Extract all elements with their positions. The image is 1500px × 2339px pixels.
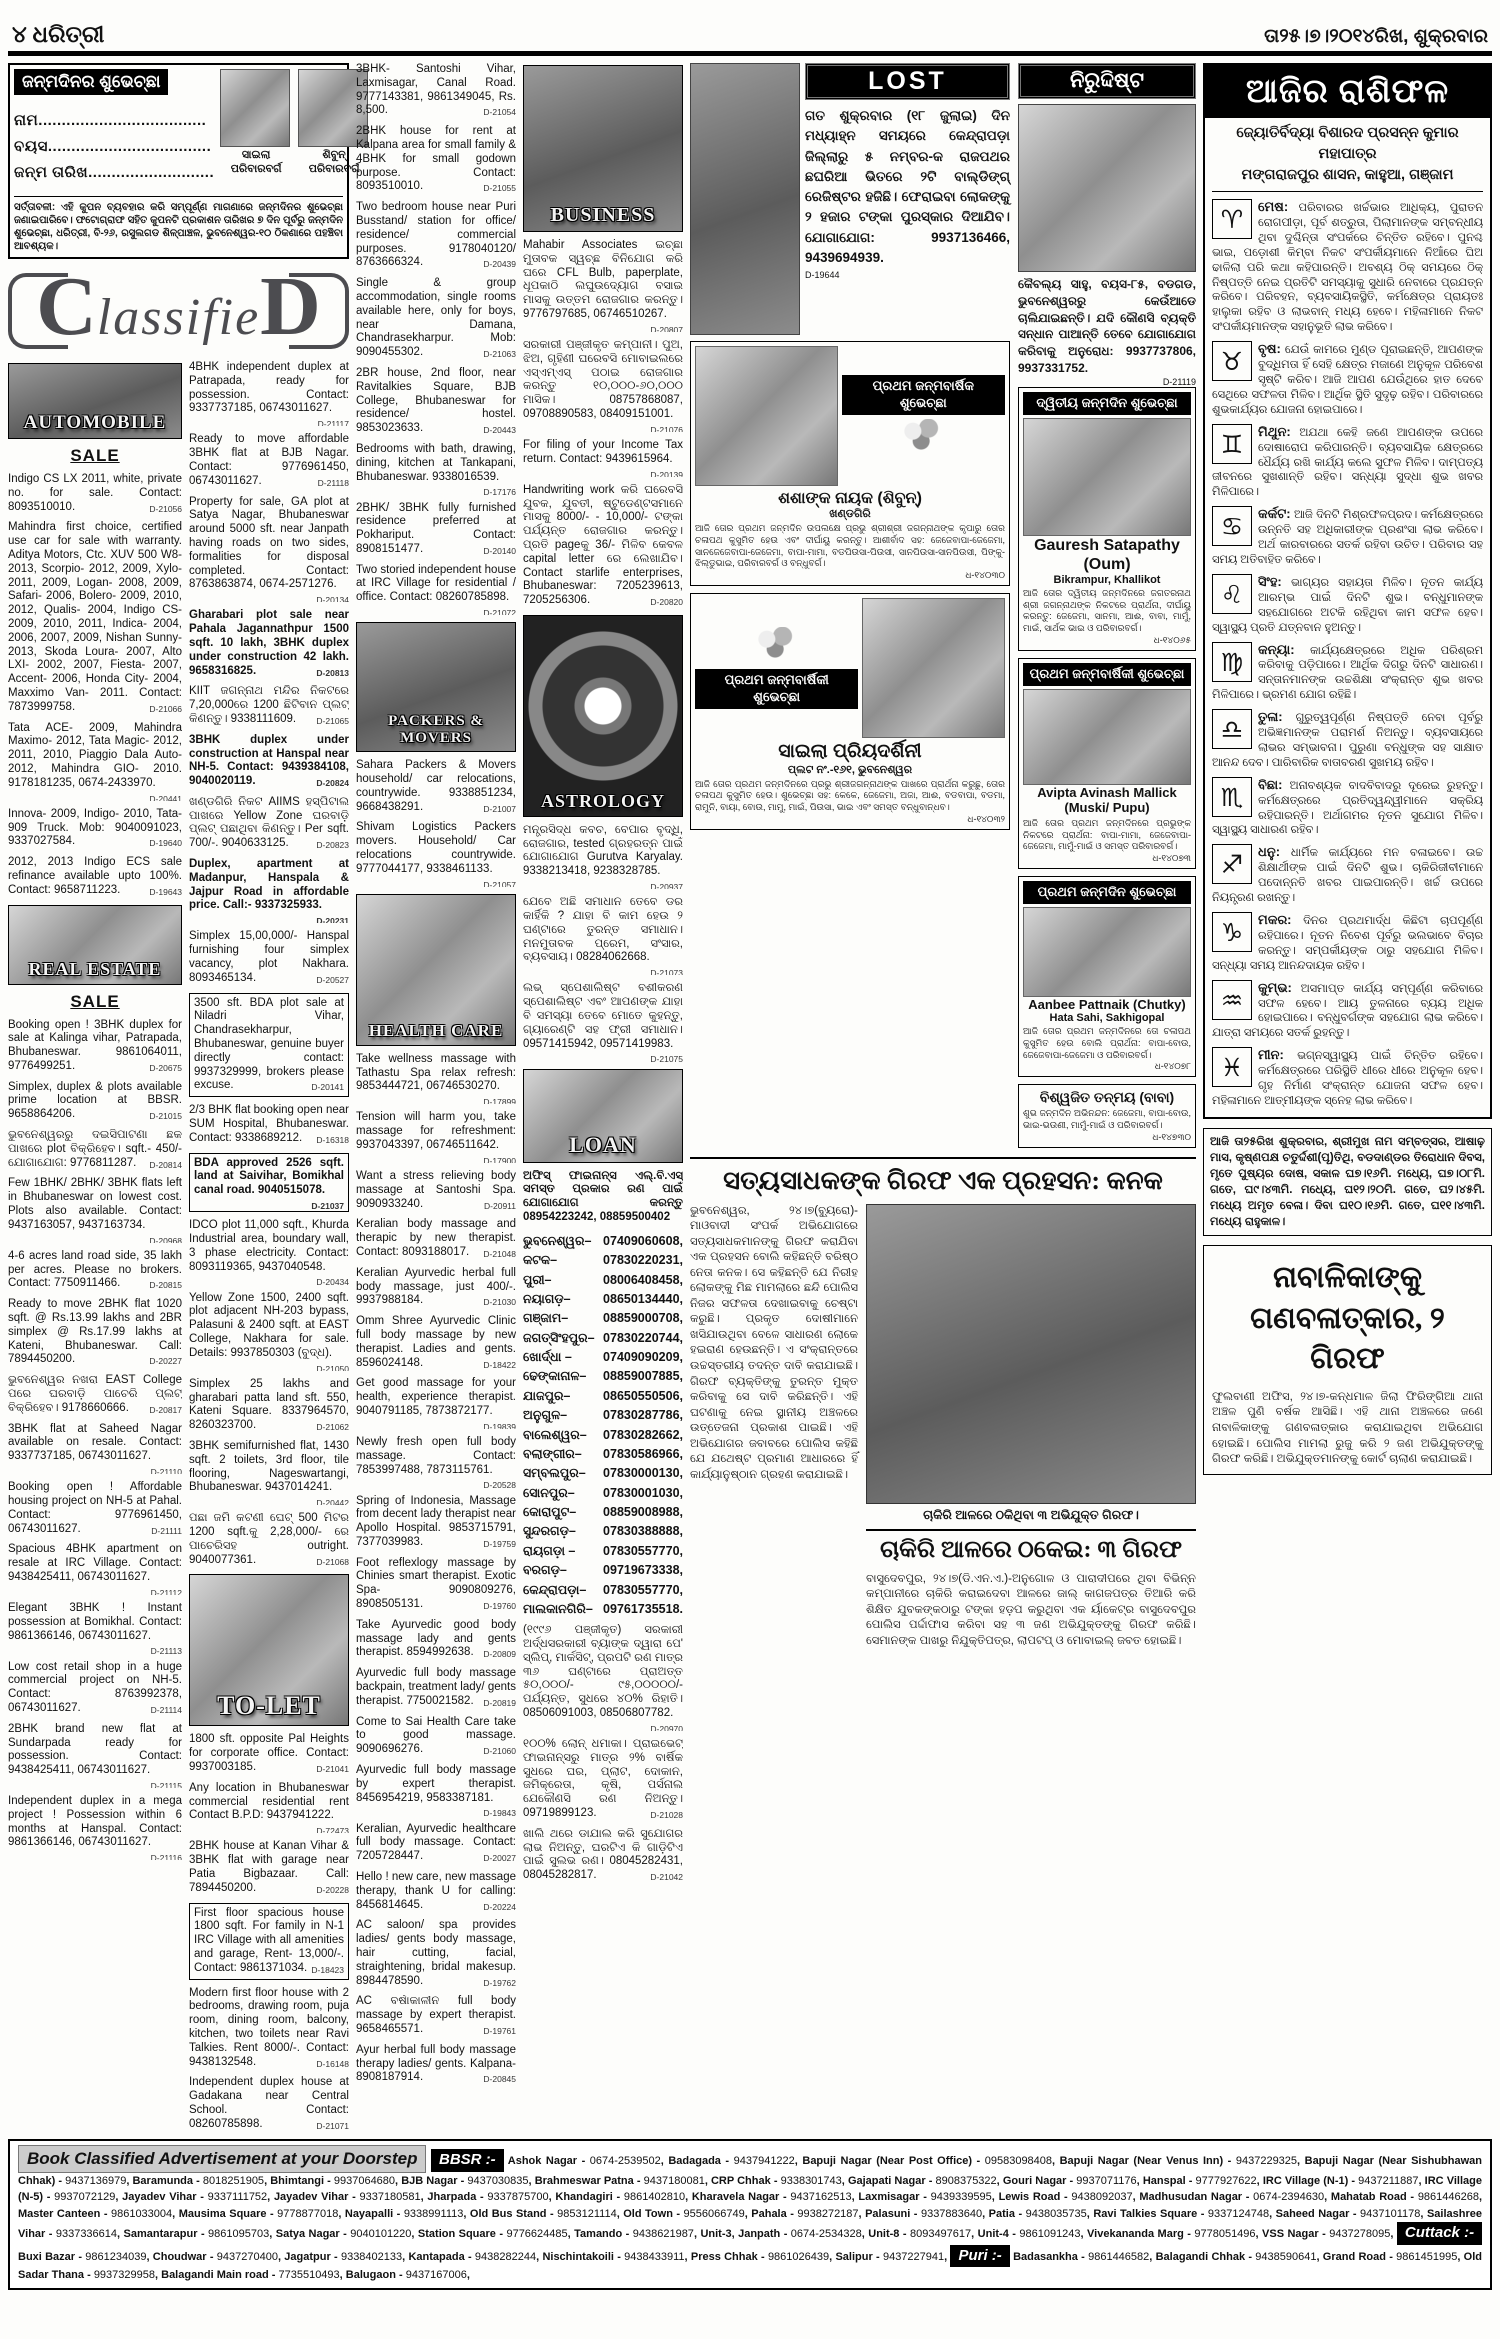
contact-number: 9778877018 xyxy=(277,2208,338,2220)
contact-entry: Press Chhak - 9861026439 xyxy=(691,2251,836,2263)
horoscope-entry: ♒ କୁମ୍ଭ: ଅସମାପ୍ତ କାର୍ଯ୍ୟ ସମ୍ପୂର୍ଣ୍ଣ କରିବ… xyxy=(1212,979,1483,1042)
loan-city: କଟକ– xyxy=(523,1251,557,1270)
zodiac-sign-name: ମୀନ: xyxy=(1258,1047,1284,1062)
missing-person-text: କୈବଲ୍ୟ ସାହୁ, ବୟସ-୮୫, ବଡଗଡ, ଭୁବନେଶ୍ୱରରୁ କ… xyxy=(1018,276,1196,377)
birthday-photo xyxy=(1023,907,1191,997)
loan-city-row: କେନ୍ଦ୍ରାପଡ଼ା– 07830557770, xyxy=(523,1581,683,1600)
zodiac-sign-name: ବିଛା: xyxy=(1258,777,1282,792)
loan-phone: 08859008988, xyxy=(603,1503,683,1522)
loan-city: କୋରାପୁଟ– xyxy=(523,1503,576,1522)
ad-ref: D-19762 xyxy=(483,1978,516,1988)
contact-entry: Khandagiri - 9861402810 xyxy=(555,2191,691,2203)
classified-ad: Keralian, Ayurvedic healthcare full body… xyxy=(356,1823,516,1864)
contact-location: IRC Village (N-1) xyxy=(1263,2175,1348,2187)
ad-ref: D-21068 xyxy=(316,1557,349,1567)
classified-ad: 3BHK duplex under construction at Hanspa… xyxy=(189,734,349,789)
contact-location: Bapuji Nagar (Near Post Office) xyxy=(802,2155,972,2167)
zodiac-sign-name: ଧନୁ: xyxy=(1258,844,1280,859)
ad-text: 2BHK house for rent at Kalpana area for … xyxy=(356,125,516,192)
zodiac-icon: ♐ xyxy=(1212,844,1252,884)
ad-text: 4BHK independent duplex at Patrapada, re… xyxy=(189,361,349,414)
zodiac-icon: ♊ xyxy=(1212,424,1252,464)
horoscope-entry: ♈ ମେଷ: ପରିବାରର ଖର୍ଚ୍ଚଭାର ଆଧିକ୍ୟ, ପୁରାତନ … xyxy=(1212,198,1483,335)
logo-middle: lassifie xyxy=(97,289,260,346)
loan-city-row: ଜଗତ୍‌ସିଂହପୁର– 07830220744, xyxy=(523,1329,683,1348)
loan-city: ଅନୁଗୁଳ– xyxy=(523,1406,567,1425)
packers-banner-label: PACKERS & MOVERS xyxy=(357,713,515,747)
contact-number: 9438433911 xyxy=(624,2251,684,2263)
contact-number: 9438035735 xyxy=(1026,2208,1087,2220)
loan-city: ଯାଜପୁର– xyxy=(523,1387,570,1406)
horoscope-text: ଯେଉଁ କାମରେ ମୁଣ୍ଡ ପୂରାଇଛନ୍ତି, ଆପଣଙ୍କ ବୁଦ୍… xyxy=(1212,344,1483,416)
loan-city-row: ସମ୍ବଲପୁର– 07830000130, xyxy=(523,1464,683,1483)
contact-entry: Nischintakoili - 9438433911 xyxy=(542,2251,690,2263)
ad-ref: D-21041 xyxy=(316,1764,349,1774)
birthday-place: ଖଣ୍ଡଗିରି xyxy=(695,508,1005,521)
classified-ad: Spacious 4BHK apartment on resale at IRC… xyxy=(8,1543,182,1595)
ad-ref: D-20442 xyxy=(316,1498,349,1505)
contact-entry: Bapuji Nagar (Near Post Office) - 095830… xyxy=(802,2155,1059,2167)
contact-location: Lewis Road xyxy=(999,2191,1061,2203)
ad-text: For filing of your Income Tax return. Co… xyxy=(523,439,683,465)
contact-entry: Nayapalli - 9338991113 xyxy=(345,2208,470,2220)
ad-text: Spacious 4BHK apartment on resale at IRC… xyxy=(8,1543,182,1583)
contact-location: CRP Chhak xyxy=(711,2175,771,2187)
astrology-banner-label: ASTROLOGY xyxy=(524,791,682,812)
contact-location: Badagada xyxy=(668,2155,721,2167)
article-headline: ଚାକିରି ଆଳରେ ଠକେଇ: ୩ ଗିରଫ xyxy=(866,1537,1196,1564)
ad-text: Bedrooms with bath, drawing, dining, kit… xyxy=(356,443,516,483)
contact-number: 9937329958 xyxy=(94,2269,155,2281)
ad-text: Mahindra first choice, certified use car… xyxy=(8,521,182,712)
coupon-fields: ନାମ....................................ବ… xyxy=(14,112,214,181)
news-photo xyxy=(866,1204,1196,1504)
ad-ref: D-20807 xyxy=(650,325,683,332)
classified-ad: Simplex 25 lakhs and gharabari patta lan… xyxy=(189,1378,349,1433)
zodiac-icon: ♌ xyxy=(1212,574,1252,614)
ad-text: Single & group accommodation, single roo… xyxy=(356,277,516,358)
contact-entry: Salipur - 9437227941 xyxy=(835,2251,950,2263)
zodiac-icon: ♎ xyxy=(1212,709,1252,749)
contact-location: Balugaon xyxy=(346,2269,396,2281)
automobile-banner: AUTOMOBILE xyxy=(8,363,182,439)
ad-ref: D-21112 xyxy=(151,1588,182,1595)
birthday-photo xyxy=(862,598,1005,738)
article-chakiri: ଚାକିରି ଆଳରେ ଠକେଇ: ୩ ଗିରଫ ବାସୁଦେବପୁର, ୨୪।… xyxy=(866,1537,1196,1650)
astrologer-name: ଜ୍ୟୋତିର୍ବିଦ୍ୟା ବିଶାରଦ ପ୍ରସନ୍ନ କୁମାର ମହାପ… xyxy=(1236,125,1458,162)
loan-city-row: ମାଲକାନଗିରି– 09761735518. xyxy=(523,1600,683,1619)
loan-phone: 08859000708, xyxy=(603,1309,683,1328)
contact-location: Choudwar xyxy=(153,2251,207,2263)
ad-ref: D-20443 xyxy=(483,425,516,435)
nirudishta-banner: ନିରୁଦ୍ଦିଷ୍ଟ xyxy=(1018,63,1196,99)
contact-location: Bhimtangi xyxy=(270,2175,324,2187)
contact-location: Baramunda xyxy=(132,2175,193,2187)
birthday-photo xyxy=(1023,689,1191,785)
classified-ad: 2BHK house at Kanan Vihar & 3BHK flat wi… xyxy=(189,1840,349,1895)
news-photo-caption: ଚାକିରି ଆଳରେ ଠକିଥିବା ୩ ଅଭିଯୁକ୍ତ ଗିରଫ। xyxy=(866,1508,1196,1523)
contact-number: 9937072129 xyxy=(54,2191,115,2203)
ad-ref: D-21113 xyxy=(151,1646,182,1653)
contact-number: 0674-2534328 xyxy=(791,2228,862,2240)
ad-ref: D-72473 xyxy=(316,1826,349,1833)
loan-city: ଜଗତ୍‌ସିଂହପୁର– xyxy=(523,1329,595,1348)
contact-location: Old Bus Stand xyxy=(470,2208,547,2220)
loan-city: ଭୁବନେଶ୍ୱର– xyxy=(523,1232,591,1251)
classified-ad: Independent duplex house at Gadakana nea… xyxy=(189,2076,349,2131)
ad-text: Handwriting work କରି ଘରେବସି ଯୁବକ, ଯୁବତୀ,… xyxy=(523,484,683,606)
contact-entry: Jayadev Vihar - 9337180581 xyxy=(274,2191,427,2203)
contact-number: 9437101178 xyxy=(1360,2208,1420,2220)
realestate-banner: REAL ESTATE xyxy=(8,905,182,985)
page-number-label: ୪ ଧରିତ୍ରୀ xyxy=(12,22,104,48)
coupon-field: ଜନ୍ମ ତାରିଖ........................... xyxy=(14,164,214,181)
ad-ref: D-20814 xyxy=(149,1160,182,1170)
contact-location: Palasuni xyxy=(865,2208,910,2220)
ad-ref: D-20813 xyxy=(316,668,349,678)
birthday-chip: ପ୍ରଥମ ଜନ୍ମବାର୍ଷିକୀ ଶୁଭେଚ୍ଛା xyxy=(1023,663,1191,686)
classified-ad: Booking open ! Affordable housing projec… xyxy=(8,1481,182,1536)
classified-ad: 3500 sft. BDA plot sale at Niladri Vihar… xyxy=(189,993,349,1098)
ad-ref: D-21037 xyxy=(311,1201,344,1211)
ad-text: Two bedroom house near Puri Busstand/ st… xyxy=(356,201,516,268)
loan-city: କେନ୍ଦ୍ରାପଡ଼ା– xyxy=(523,1581,586,1600)
loan-city: ବରଗଡ଼– xyxy=(523,1561,567,1580)
ad-ref: D-19643 xyxy=(149,887,182,897)
contact-location: Salipur xyxy=(835,2251,872,2263)
contact-entry: Ashok Nagar - 0674-2539502 xyxy=(508,2155,669,2167)
birthday-name: ଶଶାଙ୍କ ନାୟକ (ଶିବୁନ୍) xyxy=(695,489,1005,508)
ad-ref: D-20968 xyxy=(149,1236,182,1243)
loan-city: ଢେଙ୍କାନାଳ– xyxy=(523,1367,586,1386)
loan-phone: 07830586966, xyxy=(603,1445,683,1464)
newspaper-page: ୪ ଧରିତ୍ରୀ ତା୨୫।୭।୨୦୧୪ରିଖ, ଶୁକ୍ରବାର ଜନ୍ମଦ… xyxy=(0,0,1500,2339)
ad-text: First floor spacious house 1800 sqft. Fo… xyxy=(194,1907,344,1974)
logo-frame-right xyxy=(289,273,349,349)
contact-entry: Balagandi Main road - 7735510493 xyxy=(161,2269,346,2281)
ad-text: Yellow Zone 1500, 2400 sqft. plot adjace… xyxy=(189,1292,349,1359)
ad-text: ଲଭ୍ ସ୍ପେଶାଲିଷ୍ଟ ବଶୀକରଣ ସ୍ପେଶାଲିଷ୍ଟ ଏବଂ ଆ… xyxy=(523,982,683,1049)
article-body: ଫୁଲବାଣୀ ଅଫିସ, ୨୪।୭-କନ୍ଧମାଳ ଜିଲା ଫିରିଙ୍ଗି… xyxy=(1212,1390,1483,1468)
article-headline: ସତ୍ୟସାଧକଙ୍କ ଗିରଫ ଏକ ପ୍ରହସନ: କନକ xyxy=(690,1165,1196,1196)
loan-city-row: ଭୁବନେଶ୍ୱର– 07409060608, xyxy=(523,1232,683,1251)
contact-entry: Old Town - 9556066749 xyxy=(623,2208,751,2220)
classified-ad: ଖଣ୍ଡଗିରି ନିକଟ AIIMS ହସ୍ପିଟାଲ ପାଖରେ Yello… xyxy=(189,796,349,851)
contact-entry: Baramunda - 8018251905 xyxy=(132,2175,270,2187)
healthcare-banner: HEALTH CARE xyxy=(356,894,516,1046)
article-nabalika: ନାବାଳିକାଙ୍କୁ ଗଣବଳାତ୍କାର, ୨ ଗିରଫ ଫୁଲବାଣୀ … xyxy=(1203,1245,1492,1474)
ad-text: 3BHK flat at Saheed Nagar available on r… xyxy=(8,1423,182,1463)
birthday-box-shashank: ପ୍ରଥମ ଜନ୍ମବାର୍ଷିକ ଶୁଭେଚ୍ଛା ଶଶାଙ୍କ ନାୟକ (… xyxy=(690,341,1010,586)
zodiac-icon: ♍ xyxy=(1212,642,1252,682)
loan-city: ପୁରୀ– xyxy=(523,1271,552,1290)
contact-number: 0674-2539502 xyxy=(590,2155,661,2167)
contact-location: Master Canteen xyxy=(18,2208,100,2220)
balloons-icon xyxy=(900,419,946,457)
contact-number: 8908375322 xyxy=(935,2175,996,2187)
contact-number: 9438282244 xyxy=(475,2251,536,2263)
classified-ad: 2BR house, 2nd floor, near Ravitalkies S… xyxy=(356,367,516,436)
horoscope-entry: ♐ ଧନୁ: ଧାର୍ମିକ କାର୍ଯ୍ୟରେ ମନ ବଳାଇବେ। ଉଚ୍ଚ… xyxy=(1212,843,1483,906)
classified-ad: 2BHK house for rent at Kalpana area for … xyxy=(356,125,516,194)
horoscope-entry: ♏ ବିଛା: ଅନାବଶ୍ୟକ ବାଦବିବାଦରୁ ଦୂରେଇ ରୁହନ୍ତ… xyxy=(1212,776,1483,839)
birthday-chip: ପ୍ରଥମ ଜନ୍ମବାର୍ଷିକୀ ଶୁଭେଚ୍ଛା xyxy=(695,669,858,709)
contact-entry: Unit-3, Janpath - 0674-2534328 xyxy=(700,2228,868,2240)
horoscope-text: ଧାର୍ମିକ କାର୍ଯ୍ୟରେ ମନ ବଳାଇବେ। ଉଚ୍ଚ ଶିକ୍ଷା… xyxy=(1212,847,1483,904)
horoscope-entry: ♌ ସିଂହ: ଭାଗ୍ୟର ସହାୟତା ମିଳିବ। ନୂତନ କାର୍ଯ୍… xyxy=(1212,573,1483,636)
contact-location: Station Square xyxy=(418,2228,496,2240)
lost-briefcase-photo xyxy=(690,63,800,335)
ad-ref: D-20817 xyxy=(149,1405,182,1415)
contact-location: Nischintakoili xyxy=(542,2251,614,2263)
contact-number: 9437941222 xyxy=(734,2155,795,2167)
ad-ref: D-21065 xyxy=(316,716,349,726)
loan-phone: 07830220744, xyxy=(603,1329,683,1348)
lost-section: LOST ଗତ ଶୁକ୍ରବାର (୧୮ ଜୁଲାଇ) ଦିନ ମଧ୍ୟାହ୍ନ… xyxy=(690,63,1010,335)
contact-number: 9861026439 xyxy=(768,2251,829,2263)
ad-ref: D-21015 xyxy=(149,1111,182,1121)
contact-location: Jayadev Vihar xyxy=(274,2191,348,2203)
contact-location: Mausima Square xyxy=(179,2208,267,2220)
contact-location: Khandagiri xyxy=(555,2191,612,2203)
classified-ad: Property for sale, GA plot at Satya Naga… xyxy=(189,496,349,603)
contact-entry: Jharpada - 9337875700 xyxy=(427,2191,555,2203)
contact-location: Gajapati Nagar xyxy=(848,2175,926,2187)
zodiac-sign-name: ବୃଷ: xyxy=(1258,341,1281,356)
missing-person-photo xyxy=(1018,104,1196,272)
contact-location: VSS Nagar xyxy=(1262,2228,1319,2240)
classified-ad: (୧୯୯୬ ପଞ୍ଜୀକୃତ) ସରକାରୀ ଅର୍ଦ୍ଧସରକାରୀ ବ୍ୟା… xyxy=(523,1624,683,1731)
coupon-title: ଜନ୍ମଦିନର ଶୁଭେଚ୍ଛା xyxy=(14,69,168,95)
contact-entry: Kantapada - 9438282244 xyxy=(408,2251,542,2263)
contact-entry: Gouri Nagar - 9937071176 xyxy=(1003,2175,1143,2187)
contact-number: 9861451995 xyxy=(1396,2251,1457,2263)
contact-number: 9337111752 xyxy=(208,2191,268,2203)
ad-ref: D-20824 xyxy=(316,778,349,788)
ad-ref: D-21055 xyxy=(483,183,516,193)
contact-entry: Tamando - 9438621987 xyxy=(574,2228,700,2240)
article-headline: ନାବାଳିକାଙ୍କୁ ଗଣବଳାତ୍କାର, ୨ ଗିରଫ xyxy=(1212,1258,1483,1380)
contact-number: 9777927622 xyxy=(1195,2175,1256,2187)
booking-footer: Book Classified Advertisement at your Do… xyxy=(8,2139,1492,2290)
contact-number: 9437227941 xyxy=(883,2251,944,2263)
classified-ad: ସରକାରୀ ପଞ୍ଜୀକୃତ କମ୍ପାନୀ। ପୁଅ, ଝିଅ, ଗୃହିଣ… xyxy=(523,339,683,432)
ad-ref: D-20441 xyxy=(149,794,182,801)
ad-ref: D-21054 xyxy=(483,107,516,117)
contact-entry: Balugaon - 9437167006 xyxy=(346,2269,470,2281)
classified-ad: Elegant 3BHK ! Instant possession at Bom… xyxy=(8,1602,182,1654)
lost-notice-text: ଗତ ଶୁକ୍ରବାର (୧୮ ଜୁଲାଇ) ଦିନ ମଧ୍ୟାହ୍ନ ସମୟର… xyxy=(805,106,1010,268)
tolet-ads: 1800 sft. opposite Pal Heights for corpo… xyxy=(189,1733,349,2131)
contact-entry: Grand Road - 9861451995 xyxy=(1323,2251,1464,2263)
ad-text: Ayurvedic full body massage by expert th… xyxy=(356,1764,516,1804)
ad-ref: D-21048 xyxy=(483,1249,516,1259)
contact-number: 9778051496 xyxy=(1194,2228,1255,2240)
ad-ref: D-21007 xyxy=(483,804,516,814)
contact-number: 8093497617 xyxy=(910,2228,971,2240)
contact-entry: Saheed Nagar - 9437101178 xyxy=(1276,2208,1427,2220)
loan-city-row: ଖୋର୍ଦ୍ଧା – 07409090209, xyxy=(523,1348,683,1367)
ad-text: Tata ACE- 2009, Mahindra Maximo- 2012, T… xyxy=(8,722,182,789)
ad-ref: D-21115 xyxy=(151,1781,182,1788)
birthday-ref: ଧ-୧୪୦୭୩ xyxy=(1023,853,1191,864)
classified-ad: 4BHK independent duplex at Patrapada, re… xyxy=(189,361,349,426)
contact-location: Kharavela Nagar xyxy=(692,2191,779,2203)
loan-city: ନୟାଗଡ଼– xyxy=(523,1290,571,1309)
loan-city-row: କୋରାପୁଟ– 08859008988, xyxy=(523,1503,683,1522)
classified-logo: ClassifieD xyxy=(8,263,349,355)
birthday-name: Avipta Avinash Mallick (Muski/ Pupu) xyxy=(1023,785,1191,816)
loan-city-row: ଯାଜପୁର– 08650550506, xyxy=(523,1387,683,1406)
ad-ref: D-20434 xyxy=(316,1277,349,1284)
contact-number: 9437180081 xyxy=(644,2175,705,2187)
contact-number: 9556066749 xyxy=(684,2208,745,2220)
ad-ref: D-21073 xyxy=(650,968,683,975)
classified-ad: Mahabir Associates ଇଚ୍ଛା ମୁତାବକ ସ୍ୱଚ୍ଛ ବ… xyxy=(523,239,683,332)
zodiac-icon: ♋ xyxy=(1212,506,1252,546)
birthday-place: Bikrampur, Khallikot xyxy=(1023,574,1191,586)
ad-text: Tension will harm you, take massage for … xyxy=(356,1111,516,1151)
ad-ref: D-20139 xyxy=(650,470,683,477)
contact-entry: Gajapati Nagar - 8908375322 xyxy=(848,2175,1003,2187)
baby-photo xyxy=(220,69,290,147)
coupon-photos: ସାଇଲା ପରିବାରବର୍ଗ ଶିବୁନ୍ ପରିବାରବର୍ଗ xyxy=(220,69,370,190)
loan-city-row: କଟକ– 07830220231, xyxy=(523,1251,683,1270)
astrology-banner: ASTROLOGY xyxy=(523,615,683,817)
classified-ad: Want a stress relieving body massage at … xyxy=(356,1170,516,1211)
contact-number: 9338301743 xyxy=(781,2175,842,2187)
date-label: ତା୨୫।୭।୨୦୧୪ରିଖ, ଶୁକ୍ରବାର xyxy=(1264,26,1488,48)
loan-city: ବାଲେଶ୍ୱର– xyxy=(523,1426,587,1445)
loan-city-row: ପୁରୀ– 08006408458, xyxy=(523,1271,683,1290)
ad-text: 3500 sft. BDA plot sale at Niladri Vihar… xyxy=(194,997,344,1092)
contact-entry: Satya Nagar - 9040101220 xyxy=(276,2228,418,2240)
horoscope-entry: ♍ କନ୍ୟା: କାର୍ଯ୍ୟକ୍ଷେତ୍ରରେ ଅଧିକ ପରିଶ୍ରମ କ… xyxy=(1212,641,1483,704)
column-classified-b: 4BHK independent duplex at Patrapada, re… xyxy=(189,361,349,2133)
contact-location: Buxi Bazar xyxy=(18,2251,75,2263)
zodiac-icon: ♑ xyxy=(1212,912,1252,952)
zodiac-sign-name: ମିଥୁନ: xyxy=(1258,424,1291,439)
loan-city: ଖୋର୍ଦ୍ଧା – xyxy=(523,1348,572,1367)
ad-ref: D-20820 xyxy=(650,597,683,607)
zodiac-icon: ♒ xyxy=(1212,980,1252,1020)
sale-heading-2: SALE xyxy=(8,992,182,1012)
ad-ref: D-21117 xyxy=(318,419,349,426)
contact-number: 9437278095 xyxy=(1329,2228,1390,2240)
classified-ad: Spring of Indonesia, Massage from decent… xyxy=(356,1495,516,1550)
ad-ref: D-20819 xyxy=(483,1698,516,1708)
realestate-ads: Booking open ! 3BHK duplex for sale at K… xyxy=(8,1019,182,1861)
contact-entry: Hanspal - 9777927622 xyxy=(1143,2175,1263,2187)
contact-entry: Badagada - 9437941222 xyxy=(668,2155,802,2167)
loan-phone: 07830282662, xyxy=(603,1426,683,1445)
article-body: ବାସୁଦେବପୁର, ୨୪।୭(ଡି.ଏନ.ଏ.)-ଅନୁଗୋଳ ଓ ପାରା… xyxy=(866,1572,1196,1650)
ad-text: 2BR house, 2nd floor, near Ravitalkies S… xyxy=(356,367,516,434)
horoscope-text: ଅଯଥା କେହି ଜଣେ ଆପଣଙ୍କ ଉପରେ ଦୋଷାରୋପ କରିପାର… xyxy=(1212,427,1483,499)
contact-location: Balagandi Main road xyxy=(161,2269,269,2281)
contact-number: 9337180581 xyxy=(359,2191,420,2203)
middle-region: LOST ଗତ ଶୁକ୍ରବାର (୧୮ ଜୁଲାଇ) ଦିନ ମଧ୍ୟାହ୍ନ… xyxy=(690,63,1196,2133)
classified-ad: AC saloon/ spa provides ladies/ gents bo… xyxy=(356,1919,516,1988)
contact-entry: Patia - 9438035735 xyxy=(989,2208,1094,2220)
contact-number: 9337883640 xyxy=(921,2208,982,2220)
contact-number: 9861095703 xyxy=(208,2228,269,2240)
loan-city-list: ଭୁବନେଶ୍ୱର– 07409060608, କଟକ– 07830220231… xyxy=(523,1232,683,1620)
ad-ref: D-20528 xyxy=(483,1480,516,1487)
contact-number: 9337336614 xyxy=(56,2228,117,2240)
contact-number: 9338991113 xyxy=(404,2208,464,2220)
ad-ref: D-21057 xyxy=(483,880,516,887)
ad-text: ମନ୍ତ୍ରସିଦ୍ଧ କବଚ, ବେପାର ବୃଦ୍ଧି, ରୋଜଗାର, t… xyxy=(523,824,683,877)
ad-text: Few 1BHK/ 2BHK/ 3BHK flats left in Bhuba… xyxy=(8,1177,182,1230)
left-group: ଜନ୍ମଦିନର ଶୁଭେଚ୍ଛା ନାମ...................… xyxy=(8,63,349,2133)
contact-entry: Jagatpur - 9338402133 xyxy=(284,2251,408,2263)
classified-ad: Bedrooms with bath, drawing, dining, kit… xyxy=(356,443,516,495)
contact-entry: Mahatab Road - 9861446268 xyxy=(1331,2191,1482,2203)
loan-city-row: ରାୟଗଡ଼ା – 07830557770, xyxy=(523,1542,683,1561)
birthday-box-saila: ପ୍ରଥମ ଜନ୍ମବାର୍ଷିକୀ ଶୁଭେଚ୍ଛା ସାଇଲା ପ୍ରିୟଦ… xyxy=(690,593,1010,830)
packers-banner: PACKERS & MOVERS xyxy=(356,622,516,752)
article-satyasadhak: ସତ୍ୟସାଧକଙ୍କ ଗିରଫ ଏକ ପ୍ରହସନ: କନକ ଭୁବନେଶ୍ୱ… xyxy=(690,1157,1196,1650)
ad-ref: D-20141 xyxy=(311,1082,344,1092)
contact-location: Tamando xyxy=(574,2228,622,2240)
lost-and-birthdays: LOST ଗତ ଶୁକ୍ରବାର (୧୮ ଜୁଲାଇ) ଦିନ ମଧ୍ୟାହ୍ନ… xyxy=(690,63,1010,1155)
classified-ad: Take wellness massage with Tathastu Spa … xyxy=(356,1053,516,1105)
contact-entry: Jayadev Vihar - 9337111752 xyxy=(122,2191,274,2203)
classified-ad: First floor spacious house 1800 sqft. Fo… xyxy=(189,1903,349,1980)
contact-number: 9438621987 xyxy=(633,2228,694,2240)
cuttack-label: Cuttack :- xyxy=(1397,2222,1482,2245)
classified-ad: 1800 sft. opposite Pal Heights for corpo… xyxy=(189,1733,349,1774)
contact-entry: Buxi Bazar - 9861234039 xyxy=(18,2251,153,2263)
classified-ad: ଯେବେ ଅଛି ସମାଧାନ ତେବେ ଡର କାର୍ହିକି ? ଯାହା … xyxy=(523,896,683,975)
ad-ref: D-20815 xyxy=(149,1280,182,1290)
rental-ads: 3BHK- Santoshi Vihar, Laxmisagar, Canal … xyxy=(356,63,516,615)
zodiac-sign-name: ସିଂହ: xyxy=(1258,574,1282,589)
contact-location: Laxmisagar xyxy=(858,2191,919,2203)
contact-entry: Master Canteen - 9861033004 xyxy=(18,2208,179,2220)
coupon-terms: ସର୍ତ୍ତାବଳୀ: ଏହି କୁପନ ବ୍ୟବହାର କରି ସମ୍ପୂର୍… xyxy=(14,196,343,253)
horoscope-text: ପରିବାରର ଖର୍ଚ୍ଚଭାର ଆଧିକ୍ୟ, ପୁରାତନ ରୋଗପୀଡ଼… xyxy=(1212,202,1483,333)
classified-ad: 2BHK brand new flat at Sundarpada ready … xyxy=(8,1723,182,1788)
zodiac-sign-name: ତୁଳା: xyxy=(1258,709,1283,724)
birthday-chip: ପ୍ରଥମ ଜନ୍ମଦିନ ଶୁଭେଚ୍ଛା xyxy=(1023,881,1191,904)
ad-text: AC saloon/ spa provides ladies/ gents bo… xyxy=(356,1919,516,1986)
classified-ad: BDA approved 2526 sqft. land at Saivihar… xyxy=(189,1153,349,1213)
ad-ref: D-20140 xyxy=(483,546,516,556)
loan-banner-label: LOAN xyxy=(524,1132,682,1158)
ad-ref: D-20675 xyxy=(149,1063,182,1073)
classified-ad: Ayurvedic full body massage by expert th… xyxy=(356,1764,516,1816)
business-banner-label: BUSINESS xyxy=(524,204,682,227)
missing-person-ref: D-21119 xyxy=(1018,377,1196,387)
contact-location: Ashok Nagar xyxy=(508,2155,577,2167)
loan-phone: 09761735518. xyxy=(603,1600,683,1619)
masthead: ୪ ଧରିତ୍ରୀ ତା୨୫।୭।୨୦୧୪ରିଖ, ଶୁକ୍ରବାର xyxy=(8,4,1492,48)
classified-ad: Low cost retail shop in a huge commercia… xyxy=(8,1661,182,1716)
ad-text: 2BHK brand new flat at Sundarpada ready … xyxy=(8,1723,182,1776)
ad-ref: D-21076 xyxy=(650,425,683,432)
loan-city: ମାଲକାନଗିରି– xyxy=(523,1600,593,1619)
ad-text: Newly fresh open full body massage. Cont… xyxy=(356,1436,516,1476)
classified-ad: Foot reflexlogy massage by Chinies smart… xyxy=(356,1557,516,1612)
horoscope-title: ଆଜିର ରାଶିଫଳ xyxy=(1205,65,1490,118)
loan-phone: 07830557770, xyxy=(603,1581,683,1600)
ad-text: Ready to move 2BHK flat 1020 sqft. @ Rs.… xyxy=(8,1298,182,1365)
ad-ref: D-20134 xyxy=(316,595,349,602)
contact-number: 9438590641 xyxy=(1255,2251,1316,2263)
classified-ad: Booking open ! 3BHK duplex for sale at K… xyxy=(8,1019,182,1074)
